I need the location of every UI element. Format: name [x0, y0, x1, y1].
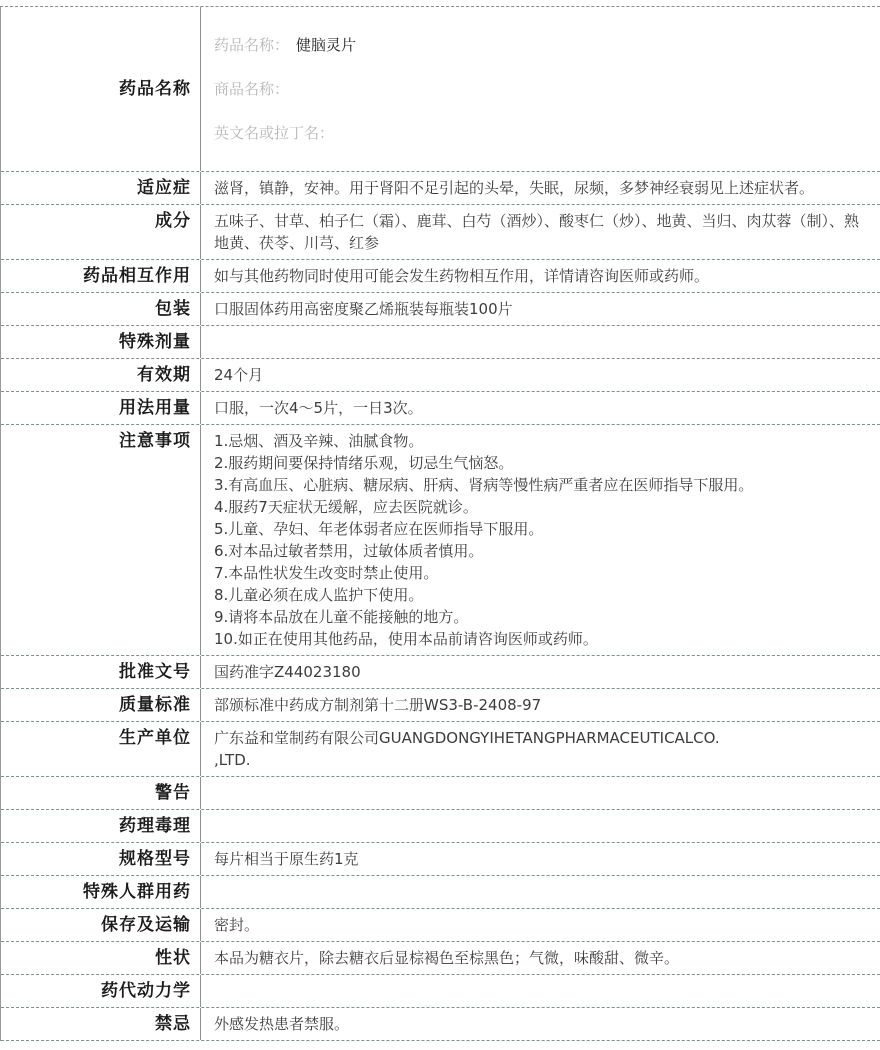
- row-value-special-populations: [201, 876, 880, 908]
- row-value-approval-number: 国药准字Z44023180: [201, 656, 880, 688]
- table-row-storage-transport: 保存及运输 密封。: [1, 909, 880, 942]
- table-row-dosage-usage: 用法用量 口服，一次4～5片，一日3次。: [1, 392, 880, 425]
- row-value-shelf-life: 24个月: [201, 359, 880, 391]
- table-row-pharmacokinetics: 药代动力学: [1, 975, 880, 1008]
- row-label-properties: 性状: [1, 942, 201, 974]
- latin-name-inline-label: 英文名或拉丁名：: [214, 124, 334, 142]
- row-value-pharmacology-toxicology: [201, 810, 880, 842]
- row-label-pharmacology-toxicology: 药理毒理: [1, 810, 201, 842]
- row-label-approval-number: 批准文号: [1, 656, 201, 688]
- table-row-properties: 性状 本品为糖衣片，除去糖衣后显棕褐色至棕黑色；气微，味酸甜、微辛。: [1, 942, 880, 975]
- row-value-properties: 本品为糖衣片，除去糖衣后显棕褐色至棕黑色；气微，味酸甜、微辛。: [201, 942, 880, 974]
- table-row-special-dosage: 特殊剂量: [1, 326, 880, 359]
- table-row-pharmacology-toxicology: 药理毒理: [1, 810, 880, 843]
- row-value-quality-standard: 部颁标准中药成方制剂第十二册WS3-B-2408-97: [201, 689, 880, 721]
- table-row-drug-name: 药品名称 药品名称：健脑灵片 商品名称： 英文名或拉丁名：: [1, 7, 880, 172]
- table-row-drug-interactions: 药品相互作用 如与其他药物同时使用可能会发生药物相互作用，详情请咨询医师或药师。: [1, 260, 880, 293]
- table-row-warning: 警告: [1, 777, 880, 810]
- drug-name-value: 健脑灵片: [296, 36, 356, 54]
- row-value-warning: [201, 777, 880, 809]
- row-value-indications: 滋肾，镇静，安神。用于肾阳不足引起的头晕，失眠，尿频，多梦神经衰弱见上述症状者。: [201, 172, 880, 204]
- row-label-dosage-usage: 用法用量: [1, 392, 201, 424]
- trade-name-inline-label: 商品名称：: [214, 80, 289, 98]
- row-label-drug-interactions: 药品相互作用: [1, 260, 201, 292]
- latin-name-line: 英文名或拉丁名：: [214, 122, 870, 144]
- row-value-special-dosage: [201, 326, 880, 358]
- row-label-warning: 警告: [1, 777, 201, 809]
- table-row-manufacturer: 生产单位 广东益和堂制药有限公司GUANGDONGYIHETANGPHARMAC…: [1, 722, 880, 777]
- table-row-shelf-life: 有效期 24个月: [1, 359, 880, 392]
- row-label-special-dosage: 特殊剂量: [1, 326, 201, 358]
- row-label-specification: 规格型号: [1, 843, 201, 875]
- row-label-packaging: 包装: [1, 293, 201, 325]
- table-row-ingredients: 成分 五味子、甘草、柏子仁（霜）、鹿茸、白芍（酒炒）、酸枣仁（炒）、地黄、当归、…: [1, 205, 880, 260]
- row-label-quality-standard: 质量标准: [1, 689, 201, 721]
- row-value-precautions: 1.忌烟、酒及辛辣、油腻食物。 2.服药期间要保持情绪乐观，切忌生气恼怒。 3.…: [201, 425, 880, 655]
- table-row-precautions: 注意事项 1.忌烟、酒及辛辣、油腻食物。 2.服药期间要保持情绪乐观，切忌生气恼…: [1, 425, 880, 656]
- row-label-storage-transport: 保存及运输: [1, 909, 201, 941]
- row-label-contraindications: 禁忌: [1, 1008, 201, 1040]
- row-label-precautions: 注意事项: [1, 425, 201, 655]
- row-label-pharmacokinetics: 药代动力学: [1, 975, 201, 1007]
- row-value-packaging: 口服固体药用高密度聚乙烯瓶装每瓶装100片: [201, 293, 880, 325]
- row-label-manufacturer: 生产单位: [1, 722, 201, 776]
- row-value-pharmacokinetics: [201, 975, 880, 1007]
- row-value-dosage-usage: 口服，一次4～5片，一日3次。: [201, 392, 880, 424]
- row-value-specification: 每片相当于原生药1克: [201, 843, 880, 875]
- row-value-drug-name: 药品名称：健脑灵片 商品名称： 英文名或拉丁名：: [201, 7, 880, 171]
- table-row-quality-standard: 质量标准 部颁标准中药成方制剂第十二册WS3-B-2408-97: [1, 689, 880, 722]
- row-value-ingredients: 五味子、甘草、柏子仁（霜）、鹿茸、白芍（酒炒）、酸枣仁（炒）、地黄、当归、肉苁蓉…: [201, 205, 880, 259]
- table-row-special-populations: 特殊人群用药: [1, 876, 880, 909]
- drug-info-table: 药品名称 药品名称：健脑灵片 商品名称： 英文名或拉丁名： 适应症 滋肾，镇静，…: [0, 6, 880, 1041]
- row-value-storage-transport: 密封。: [201, 909, 880, 941]
- table-row-indications: 适应症 滋肾，镇静，安神。用于肾阳不足引起的头晕，失眠，尿频，多梦神经衰弱见上述…: [1, 172, 880, 205]
- row-value-contraindications: 外感发热患者禁服。: [201, 1008, 880, 1040]
- table-row-approval-number: 批准文号 国药准字Z44023180: [1, 656, 880, 689]
- row-label-drug-name: 药品名称: [1, 7, 201, 171]
- row-label-shelf-life: 有效期: [1, 359, 201, 391]
- drug-name-inline-label: 药品名称：: [214, 36, 289, 54]
- trade-name-line: 商品名称：: [214, 78, 870, 100]
- table-row-contraindications: 禁忌 外感发热患者禁服。: [1, 1008, 880, 1041]
- table-row-packaging: 包装 口服固体药用高密度聚乙烯瓶装每瓶装100片: [1, 293, 880, 326]
- row-label-ingredients: 成分: [1, 205, 201, 259]
- drug-name-line: 药品名称：健脑灵片: [214, 34, 870, 56]
- row-value-drug-interactions: 如与其他药物同时使用可能会发生药物相互作用，详情请咨询医师或药师。: [201, 260, 880, 292]
- row-label-special-populations: 特殊人群用药: [1, 876, 201, 908]
- row-label-indications: 适应症: [1, 172, 201, 204]
- row-value-manufacturer: 广东益和堂制药有限公司GUANGDONGYIHETANGPHARMACEUTIC…: [201, 722, 880, 776]
- table-row-specification: 规格型号 每片相当于原生药1克: [1, 843, 880, 876]
